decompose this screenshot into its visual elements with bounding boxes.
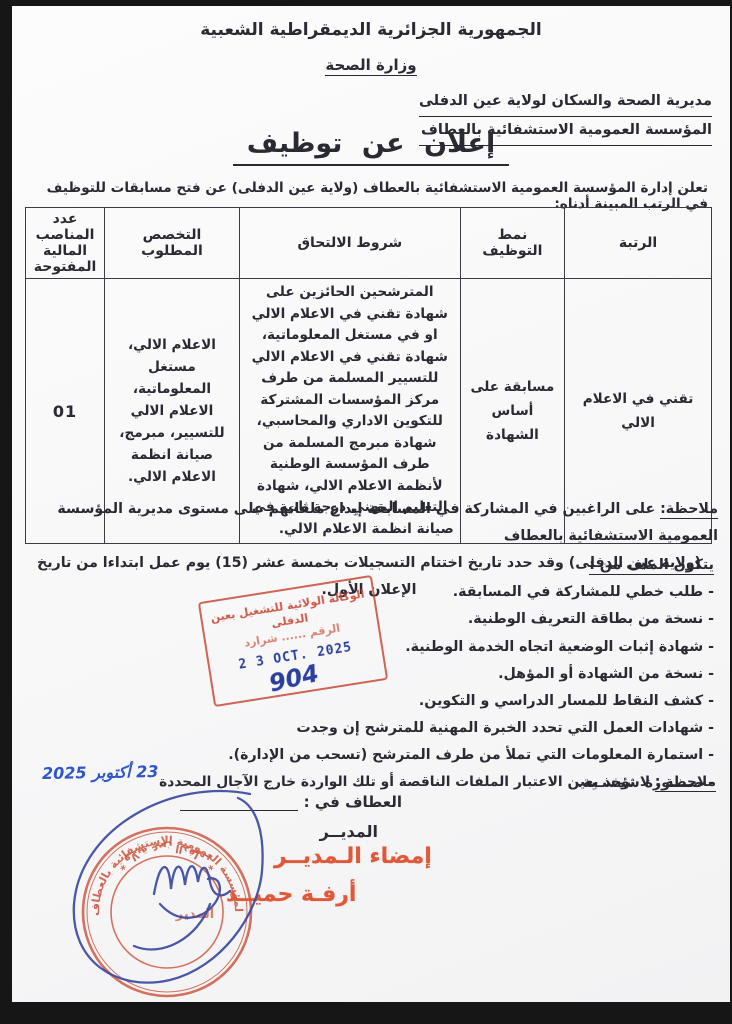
directorate-line: مديرية الصحة والسكان لولاية عين الدفلى xyxy=(419,88,712,117)
list-item: - شهادات العمل التي تحدد الخبرة المهنية … xyxy=(228,715,714,742)
page-title: إعلان عن توظيف xyxy=(12,128,730,159)
header-conditions: شروط الالتحاق xyxy=(239,208,460,279)
photo-background: { "doc": { "header": { "republic": "الجم… xyxy=(0,0,732,1024)
header-specialty: التخصص المطلوب xyxy=(105,208,240,279)
ministry-title: وزارة الصحة xyxy=(12,56,730,74)
note2-label: ملاحظة : xyxy=(655,774,716,792)
note-label: ملاحظة: xyxy=(660,501,718,519)
recruitment-table: الرتبة نمط التوظيف شروط الالتحاق التخصص … xyxy=(25,207,712,544)
header-positions: عدد المناصب المالية المفتوحة xyxy=(26,208,105,279)
document-page: الجمهورية الجزائرية الديمقراطية الشعبية … xyxy=(12,6,730,1002)
director-signature-ink xyxy=(42,776,322,1002)
director-label: المديــر xyxy=(320,822,378,841)
ministry-label: وزارة الصحة xyxy=(325,56,416,76)
header-rank: الرتبة xyxy=(565,208,712,279)
header-mode: نمط التوظيف xyxy=(460,208,564,279)
file-checklist-title: يتكون الملف من : xyxy=(228,552,714,579)
note-line1: على الراغبين في المشاركة في المسابقة إيد… xyxy=(57,501,718,544)
list-item: - استمارة المعلومات التي تملأ من طرف الم… xyxy=(228,742,714,769)
table-header-row: الرتبة نمط التوظيف شروط الالتحاق التخصص … xyxy=(26,208,712,279)
republic-title: الجمهورية الجزائرية الديمقراطية الشعبية xyxy=(12,20,730,40)
